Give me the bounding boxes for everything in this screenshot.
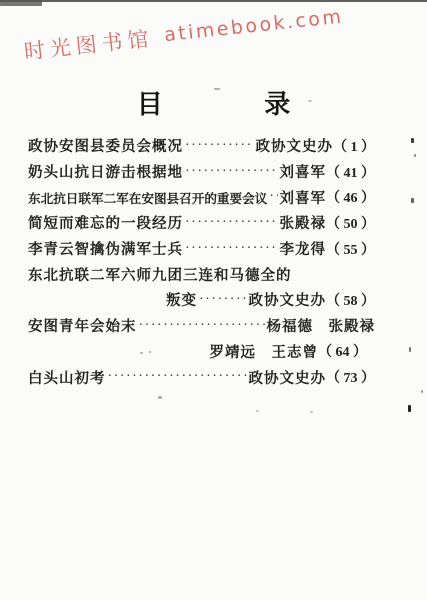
entry-title: 奶头山抗日游击根据地 xyxy=(28,161,183,182)
watermark-chinese: 时光图书馆 xyxy=(23,26,155,63)
scan-artifact xyxy=(411,138,414,143)
toc-entry-authors-continued: 罗靖远 王志曾 （ 64 ） xyxy=(28,339,367,365)
watermark-domain: atimebook.com xyxy=(163,6,344,47)
entry-author: 刘喜军 xyxy=(280,187,327,208)
entry-author: 政协文史办 xyxy=(256,135,334,156)
dot-leader: ········································… xyxy=(185,138,254,154)
entry-author: 刘喜军 xyxy=(280,161,327,182)
dot-leader: ········································… xyxy=(269,189,277,205)
dot-leader: ········································… xyxy=(108,369,247,385)
paper-speck xyxy=(149,351,151,353)
scan-artifact xyxy=(414,154,416,157)
entry-page-number: （ 50 ） xyxy=(326,213,375,233)
entry-title: 东北抗日联军二军在安图县召开的重要会议 xyxy=(28,188,267,207)
entry-author: 李龙得 xyxy=(280,238,327,259)
dot-leader: ········································… xyxy=(199,292,247,308)
scan-artifact xyxy=(409,347,411,352)
page-title-char-2: 录 xyxy=(264,90,290,119)
page-title-char-1: 目 xyxy=(137,90,163,119)
scan-artifact xyxy=(0,0,42,6)
toc-entry: 东北抗日联军二军在安图县召开的重要会议 ····················… xyxy=(28,184,375,210)
toc-entry: 李青云智擒伪满军士兵 ·····························… xyxy=(28,236,375,262)
dot-leader: ········································… xyxy=(185,241,278,257)
toc-entry-wrapped-line-2: 叛变 ·····································… xyxy=(28,287,375,313)
toc-entry: 安图青年会始末 ································… xyxy=(28,313,375,339)
entry-title: 安图青年会始末 xyxy=(28,315,137,336)
entry-author: 政协文史办 xyxy=(249,367,327,388)
dot-leader: ········································… xyxy=(185,215,278,231)
entry-title: 简短而难忘的一段经历 xyxy=(28,212,183,233)
entry-title: 叛变 xyxy=(166,289,197,310)
entry-page-number: （ 55 ） xyxy=(326,239,375,259)
scan-artifact xyxy=(411,198,414,203)
toc-entry: 简短而难忘的一段经历 ·····························… xyxy=(28,210,375,236)
scan-artifact xyxy=(408,405,411,412)
dot-leader: ········································… xyxy=(139,318,265,334)
scanned-book-page: 时光图书馆 atimebook.com 目 录 政协安图县委员会概况 ·····… xyxy=(0,0,427,600)
entry-page-number: （ 41 ） xyxy=(326,162,375,182)
entry-title: 白头山初考 xyxy=(28,367,106,388)
entry-page-number: （ 58 ） xyxy=(326,290,375,310)
paper-speck xyxy=(308,100,312,102)
entry-author: 政协文史办 xyxy=(249,289,327,310)
paper-speck xyxy=(158,396,162,399)
entry-page-number: （ 64 ） xyxy=(318,341,367,361)
toc-entry: 奶头山抗日游击根据地 ·····························… xyxy=(28,159,375,185)
scan-artifact xyxy=(421,390,423,393)
entry-title: 政协安图县委员会概况 xyxy=(28,135,183,156)
entry-page-number: （ 46 ） xyxy=(326,187,375,207)
paper-speck xyxy=(214,88,220,90)
paper-speck xyxy=(256,410,259,412)
entry-title: 李青云智擒伪满军士兵 xyxy=(28,238,183,259)
table-of-contents: 政协安图县委员会概况 ·····························… xyxy=(28,133,375,390)
toc-entry: 政协安图县委员会概况 ·····························… xyxy=(28,133,375,159)
entry-author: 罗靖远 王志曾 xyxy=(210,341,319,362)
entry-author: 杨福德 张殿禄 xyxy=(267,315,376,336)
entry-page-number: （ 73 ） xyxy=(326,367,375,387)
watermark: 时光图书馆 atimebook.com xyxy=(22,0,383,66)
toc-entry-wrapped-line-1: 东北抗联二军六师九团三连和马德全的 xyxy=(28,261,375,287)
entry-author: 张殿禄 xyxy=(280,212,327,233)
dot-leader: ········································… xyxy=(185,164,278,180)
paper-speck xyxy=(310,411,313,413)
entry-title: 东北抗联二军六师九团三连和马德全的 xyxy=(28,264,292,285)
toc-entry: 白头山初考 ··································… xyxy=(28,364,375,390)
entry-page-number: （ 1 ） xyxy=(333,136,375,156)
paper-speck xyxy=(140,352,143,354)
